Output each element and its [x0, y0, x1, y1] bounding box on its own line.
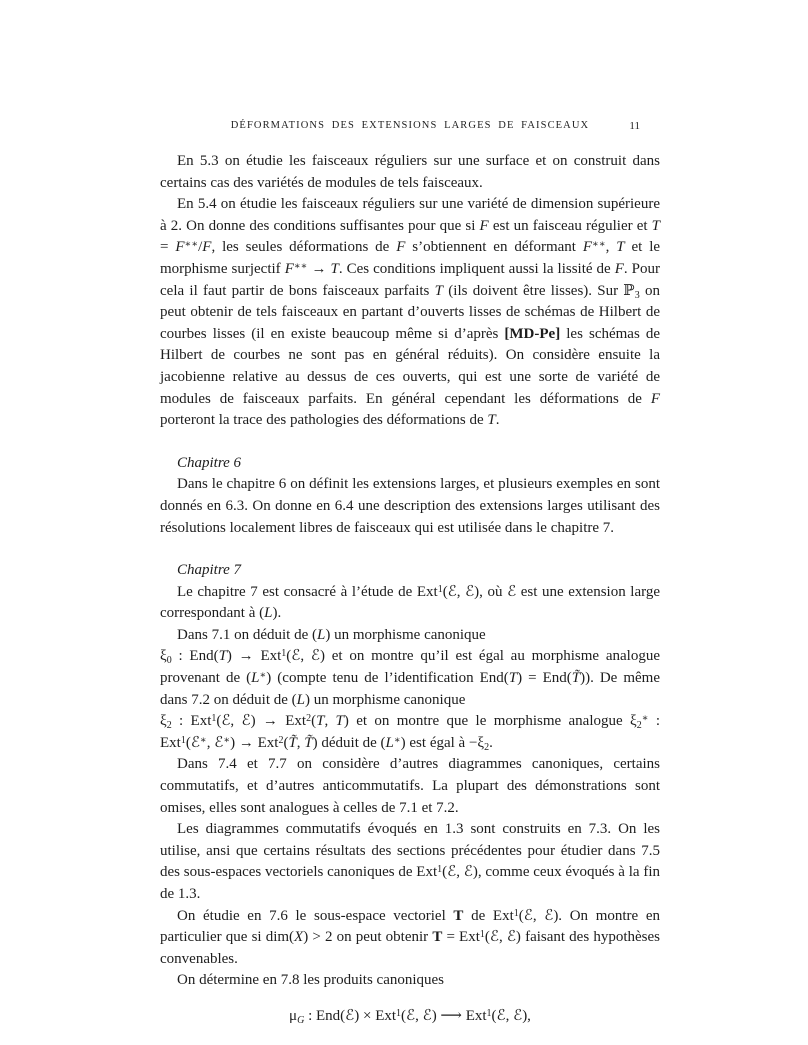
paragraph-morphism-xi0: ξ0 : End(T) → Ext1(ℰ, ℰ) et on montre qu… [160, 646, 660, 711]
paper-page: DÉFORMATIONS DES EXTENSIONS LARGES DE FA… [0, 0, 808, 1045]
heading-chapitre-7: Chapitre 7 [160, 560, 660, 582]
paragraph-section-7-3: Les diagrammes commutatifs évoqués en 1.… [160, 819, 660, 905]
display-formula-mu-g: μG : End(ℰ) × Ext1(ℰ, ℰ) ⟶ Ext1(ℰ, ℰ), [160, 1005, 660, 1027]
page-number: 11 [629, 120, 640, 132]
paragraph-morphism-xi2: ξ2 : Ext1(ℰ, ℰ) → Ext2(T, T) et on montr… [160, 711, 660, 754]
heading-chapitre-6: Chapitre 6 [160, 453, 660, 475]
paragraph-chapitre-7-intro: Le chapitre 7 est consacré à l’étude de … [160, 582, 660, 625]
running-header: DÉFORMATIONS DES EXTENSIONS LARGES DE FA… [160, 120, 660, 136]
paragraph-section-7-1: Dans 7.1 on déduit de (L) un morphisme c… [160, 625, 660, 647]
text-column: DÉFORMATIONS DES EXTENSIONS LARGES DE FA… [160, 120, 660, 1027]
paragraph-section-7-8: On détermine en 7.8 les produits canoniq… [160, 970, 660, 992]
paragraph-chapitre-6: Dans le chapitre 6 on définit les extens… [160, 474, 660, 539]
paragraph-section-5-4: En 5.4 on étudie les faisceaux réguliers… [160, 194, 660, 432]
running-title: DÉFORMATIONS DES EXTENSIONS LARGES DE FA… [160, 120, 660, 131]
paragraph-sections-7-4-7-7: Dans 7.4 et 7.7 on considère d’autres di… [160, 754, 660, 819]
paragraph-section-5-3: En 5.3 on étudie les faisceaux réguliers… [160, 151, 660, 194]
paragraph-section-7-6: On étudie en 7.6 le sous-espace vectorie… [160, 906, 660, 971]
